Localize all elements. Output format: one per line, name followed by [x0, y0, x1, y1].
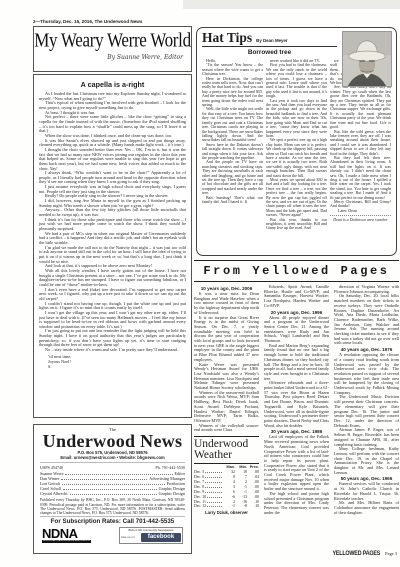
yellowed-pages-block: On Saturday, Dec. 20, local folks matche… — [334, 294, 399, 346]
weather-title-line2: Weather — [194, 450, 259, 461]
yellowed-pages-banner: From Yellowed Pages — [194, 260, 399, 282]
dot-leader — [63, 489, 157, 490]
hat-tips-paragraph: Well, the little wife might not settle f… — [202, 107, 263, 142]
yellowed-pages-block: Laid off employees of the Falkirk Mine r… — [264, 435, 329, 491]
article-paragraph: I thought the choir sounded better than … — [39, 148, 186, 171]
hat-tips-paragraph: Bah, humbug! That’s what our family did.… — [202, 196, 263, 205]
yellowed-pages-block: It is no surprise that Great River Energ… — [194, 316, 259, 363]
facebook-logo: facebook — [141, 533, 181, 542]
masthead-contact: Email: urnews@westriv.com • Website: bhg… — [38, 455, 187, 460]
hat-tips-subhead: Borrowed tree — [202, 48, 337, 57]
yellowed-pages-section: From Yellowed Pages 10 years ago, Dec. 2… — [194, 260, 399, 562]
yellowed-pages-col-3: direction of Virginia Woeste with Floren… — [334, 285, 399, 561]
yellowed-pages-block: Katie Werre was presented Wendy’s Heisma… — [194, 363, 259, 391]
yellowed-pages-col-1: 10 years ago, Dec. 2006It was a near mis… — [194, 285, 259, 561]
columnist-portrait-photo — [342, 31, 392, 87]
yellowed-pages-block: Offensive rebounds and a three-point bas… — [264, 381, 329, 428]
weary-world-article: A capella is a-right As I loaded the las… — [33, 74, 192, 418]
hat-tips-col-1: Hello,’Tis the season! You know – the se… — [202, 59, 263, 255]
article-body: As I loaded the last Christmas tree into… — [39, 92, 186, 353]
weary-world-title: My Weary Werre World — [34, 27, 191, 55]
dot-leader — [62, 484, 164, 485]
yellowed-pages-block: The high school and junior high school p… — [264, 492, 329, 516]
article-paragraph: I’m just going to put out one last remin… — [39, 329, 186, 348]
yellowed-pages-block: It was a near miss for Dean Bangham and … — [194, 292, 259, 316]
hat-tips-column-box: Hat Tips By Dean Meyer Borrowed tree Hel… — [196, 27, 397, 256]
yellowed-pages-block: Mr. and Mrs. Hilbert Bartz of Coleharbor… — [334, 501, 399, 515]
dot-leader — [207, 506, 222, 507]
masthead-logos: NDNA NORTH DAKOTA NEWSPAPER ASSOCIATION … — [38, 526, 187, 544]
usps-number: USPS 454740 — [40, 465, 63, 470]
weather-table-rows: Dec. 5 32 18 .08 Dec. 6 8 7 .04 — [194, 470, 259, 509]
yellowed-pages-block: Edwards, Spirit Award; Camille Bloecke, … — [264, 285, 329, 309]
scan-edge-artifact — [183, 0, 400, 9]
masthead-usps-row: USPS 454740 Ph. 701-442-5530 — [40, 462, 185, 470]
staff-list: Suanne Werre Editor Dan Winter Advertisi… — [40, 471, 185, 496]
hat-tips-paragraph: Snow here in the Dakotas doesn’t fall st… — [202, 143, 263, 161]
facebook-badge-row: Like us on facebook — [121, 533, 181, 542]
hat-tips-paragraph: But this year, thanks to our neighbors, … — [266, 218, 327, 231]
subscription-line: For Subscription Rates: Call 701-442-553… — [40, 516, 185, 526]
article-paragraph: I’m glad we made the call not to do the … — [39, 246, 186, 265]
staff-role: Graphic Design — [159, 491, 185, 496]
continuation-jump-line: YELLOWED PAGES Page 3 — [329, 550, 398, 557]
dot-leader — [61, 479, 147, 480]
hat-tips-paragraph: First you had to find the chainsaw. We r… — [266, 63, 327, 98]
hat-tips-paragraph: We spot a perfect tree up on a high clay… — [266, 138, 327, 178]
yellowed-pages-block: Airman James P. Enger, son of Selmer B. … — [334, 428, 399, 447]
dot-leader — [207, 497, 222, 498]
hat-tips-columns: Hello,’Tis the season! You know – the se… — [202, 59, 391, 255]
article-paragraph: No – stay inside where it’s warm and saf… — [39, 348, 186, 353]
ndna-tagline: NORTH DAKOTA NEWSPAPER ASSOCIATION — [42, 540, 91, 544]
dot-leader — [207, 502, 222, 503]
yellowed-pages-col-2: Edwards, Spirit Award; Camille Bloecke, … — [264, 285, 329, 561]
article-paragraph: I won’t get the village up this year, an… — [39, 311, 186, 330]
hat-tips-paragraph: Last year it took two days to find the s… — [266, 99, 327, 139]
yellowed-pages-block: Emil and Marion Berg’s expanding family … — [264, 344, 329, 382]
ndna-logo: NDNA NORTH DAKOTA NEWSPAPER ASSOCIATION — [42, 528, 91, 544]
cowboy-hat-portrait-illustration — [343, 32, 391, 86]
facebook-badge-header: BHG is ND Community Newspapers — [121, 529, 181, 532]
page-folio: 2—Thursday, Dec. 15, 2016, The Underwood… — [33, 19, 142, 24]
article-paragraph: I always think, “Who wouldn’t want to be… — [39, 171, 186, 185]
hat-tips-paragraph: Here in Dickinson, the college rodeo tea… — [202, 77, 263, 108]
ndna-wordmark: NDNA — [42, 528, 91, 540]
article-paragraph: We had a pair of MCs step in when our or… — [39, 232, 186, 246]
hat-tips-byline: By Dean Meyer — [256, 38, 287, 43]
dot-leader — [205, 482, 222, 483]
hat-tips-paragraph: Dean is a Dickinson area rancher — [330, 215, 391, 222]
article-paragraph: I think it’s fun for those who participa… — [39, 218, 186, 232]
weather-title: Underwood Weather — [194, 439, 259, 464]
yellowed-pages-block: About 40 people enjoyed dinner and a pro… — [264, 316, 329, 344]
hat-tips-paragraph: Later, Dean — [330, 209, 391, 213]
jump-page-number: Page 3 — [385, 551, 397, 556]
yellowed-pages-col-1-text: 10 years ago, Dec. 2006It was a near mis… — [194, 285, 259, 433]
hat-tips-col-2: never worked like it did on TV.First you… — [266, 59, 327, 255]
hat-tips-header: Hat Tips By Dean Meyer — [202, 31, 337, 47]
publication-notice: Published every Thursday by BHG, Inc., P… — [40, 498, 185, 514]
yellowed-pages-block: The Underwood Music Division will presen… — [334, 395, 399, 428]
masthead-name: Underwood News — [38, 432, 187, 450]
masthead-box: The Underwood News P.O. Box 575, Underwo… — [33, 424, 192, 554]
weather-observer: Larry Dziuk, observer — [194, 509, 259, 516]
hat-tips-title: Hat Tips — [202, 31, 252, 45]
hat-tips-paragraph: Most years we spend about $30 in fuel an… — [266, 178, 327, 218]
yellowed-pages-block: Mary College freshman, Kathy Lennon, wil… — [334, 447, 399, 475]
hat-tips-paragraph: But, like the wild geese, when the lake … — [330, 130, 391, 156]
weary-world-title-box: My Weary Werre World By Suanne Werre, Ed… — [33, 26, 192, 72]
article-headline: A capella is a-right — [39, 80, 186, 89]
weather-prec: .10 — [247, 504, 259, 509]
dot-leader — [205, 487, 222, 488]
signoff-line: S. — [39, 365, 186, 370]
facebook-badge: BHG is ND Community Newspapers Like us o… — [119, 527, 183, 544]
hat-tips-paragraph: And the people on TV have on matching sw… — [202, 160, 263, 195]
hat-tips-paragraph: ’Tis the season! You know – the season w… — [202, 63, 263, 76]
hat-tips-paragraph: But they had left their tree. Abandoned … — [330, 156, 391, 200]
hat-tips-col-3: we borrow stuff from them. ’Cause that’s… — [330, 59, 391, 255]
yellowed-pages-block: Winners of the volleyball season-end awa… — [194, 424, 259, 433]
yellowed-pages-block: A resolution opposing the closure of a c… — [334, 353, 399, 395]
dot-leader — [65, 474, 172, 475]
like-us-label: Like us on — [121, 536, 139, 539]
dot-leader — [205, 492, 222, 493]
yellowed-pages-block: Funeral services will be conducted at St… — [334, 482, 399, 501]
phone-number: Ph. 701-442-5530 — [155, 465, 185, 470]
yellowed-pages-columns: 10 years ago, Dec. 2006It was a near mis… — [194, 285, 399, 561]
staff-row: Crystal Albrecht Graphic Design — [40, 491, 185, 496]
article-paragraph: I don’t even have a real (fake) tree dec… — [39, 288, 186, 302]
dot-leader — [205, 477, 222, 478]
weather-box: Underwood Weather Max. Min. Prec. Dec. 5… — [194, 436, 259, 516]
dot-leader — [70, 494, 157, 495]
newspaper-page: 2—Thursday, Dec. 15, 2016, The Underwood… — [0, 0, 400, 567]
hat-tips-paragraph: See, Bill and Ginny don’t stay all winte… — [330, 85, 391, 129]
article-paragraph: Not perfect – there were some little gli… — [39, 115, 186, 134]
jump-label: YELLOWED PAGES — [332, 550, 380, 557]
staff-name: Crystal Albrecht — [40, 491, 68, 496]
dot-leader — [205, 472, 222, 473]
article-paragraph: With all this lovely weather, I have rar… — [39, 269, 186, 288]
yellowed-pages-block: Winners of the season-end football award… — [194, 391, 259, 424]
article-signoff: ’til next time,Joyous Noel!S. — [39, 355, 186, 370]
